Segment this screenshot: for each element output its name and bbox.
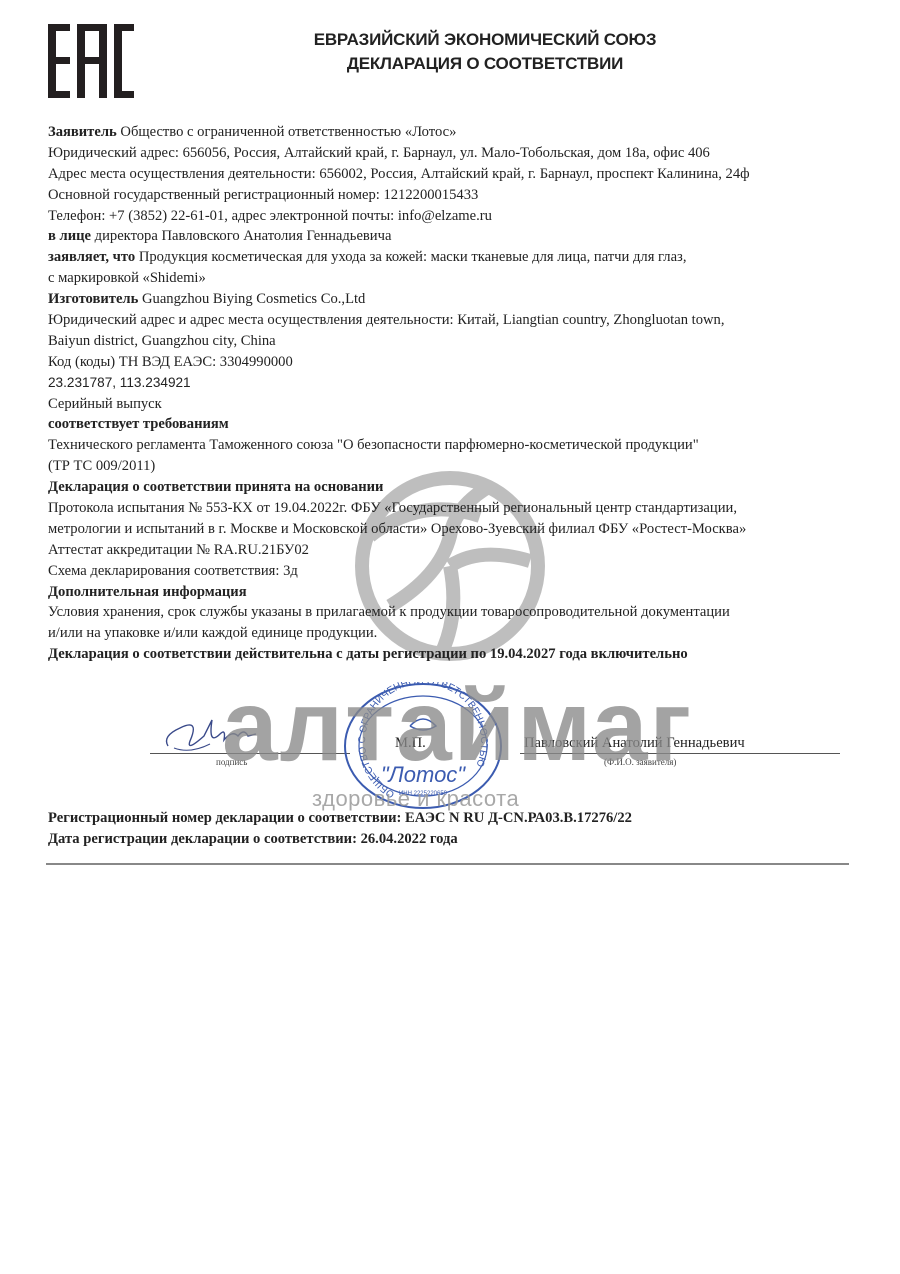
- applicant-ogrn: Основной государственный регистрационный…: [48, 185, 878, 206]
- product-marking: с маркировкой «Shidemi»: [48, 268, 878, 289]
- registration-date: Дата регистрации декларации о соответств…: [48, 829, 878, 850]
- basis-heading: Декларация о соответствии принята на осн…: [48, 477, 878, 498]
- validity-statement: Декларация о соответствии действительна …: [48, 644, 878, 665]
- manufacturer-line: Изготовитель Guangzhou Biying Cosmetics …: [48, 289, 878, 310]
- bottom-divider: [46, 863, 849, 865]
- declaration-scheme: Схема декларирования соответствия: 3д: [48, 561, 878, 582]
- accreditation: Аттестат аккредитации № RA.RU.21БУ02: [48, 540, 878, 561]
- watermark-brand: алтаймаг: [222, 676, 693, 776]
- applicant-contacts: Телефон: +7 (3852) 22-61-01, адрес элект…: [48, 206, 878, 227]
- coordinates: 23.231787, 113.234921: [48, 373, 878, 394]
- additional-line-1: Условия хранения, срок службы указаны в …: [48, 602, 878, 623]
- compliance-heading: соответствует требованиям: [48, 414, 878, 435]
- union-title: ЕВРАЗИЙСКИЙ ЭКОНОМИЧЕСКИЙ СОЮЗ: [250, 28, 720, 52]
- regulation-line-1: Технического регламента Таможенного союз…: [48, 435, 878, 456]
- declaration-title: ДЕКЛАРАЦИЯ О СООТВЕТСТВИИ: [250, 52, 720, 76]
- applicant-representative: в лице директора Павловского Анатолия Ге…: [48, 226, 878, 247]
- additional-line-2: и/или на упаковке и/или каждой единице п…: [48, 623, 878, 644]
- eac-mark-icon: [48, 24, 134, 98]
- manufacturer-address-2: Baiyun district, Guangzhou city, China: [48, 331, 878, 352]
- manufacturer-address-1: Юридический адрес и адрес места осуществ…: [48, 310, 878, 331]
- release-type: Серийный выпуск: [48, 394, 878, 415]
- declaration-body: Заявитель Общество с ограниченной ответс…: [48, 122, 878, 665]
- tn-ved-code: Код (коды) ТН ВЭД ЕАЭС: 3304990000: [48, 352, 878, 373]
- regulation-line-2: (ТР ТС 009/2011): [48, 456, 878, 477]
- protocol-line-2: метрологии и испытаний в г. Москве и Мос…: [48, 519, 878, 540]
- applicant-legal-address: Юридический адрес: 656056, Россия, Алтай…: [48, 143, 878, 164]
- additional-heading: Дополнительная информация: [48, 582, 878, 603]
- product-line: заявляет, что Продукция косметическая дл…: [48, 247, 878, 268]
- registration-block: Регистрационный номер декларации о соотв…: [48, 808, 878, 850]
- applicant-line: Заявитель Общество с ограниченной ответс…: [48, 122, 878, 143]
- document-header: ЕВРАЗИЙСКИЙ ЭКОНОМИЧЕСКИЙ СОЮЗ ДЕКЛАРАЦИ…: [250, 28, 720, 76]
- protocol-line-1: Протокола испытания № 553-КХ от 19.04.20…: [48, 498, 878, 519]
- registration-number: Регистрационный номер декларации о соотв…: [48, 808, 878, 829]
- applicant-activity-address: Адрес места осуществления деятельности: …: [48, 164, 878, 185]
